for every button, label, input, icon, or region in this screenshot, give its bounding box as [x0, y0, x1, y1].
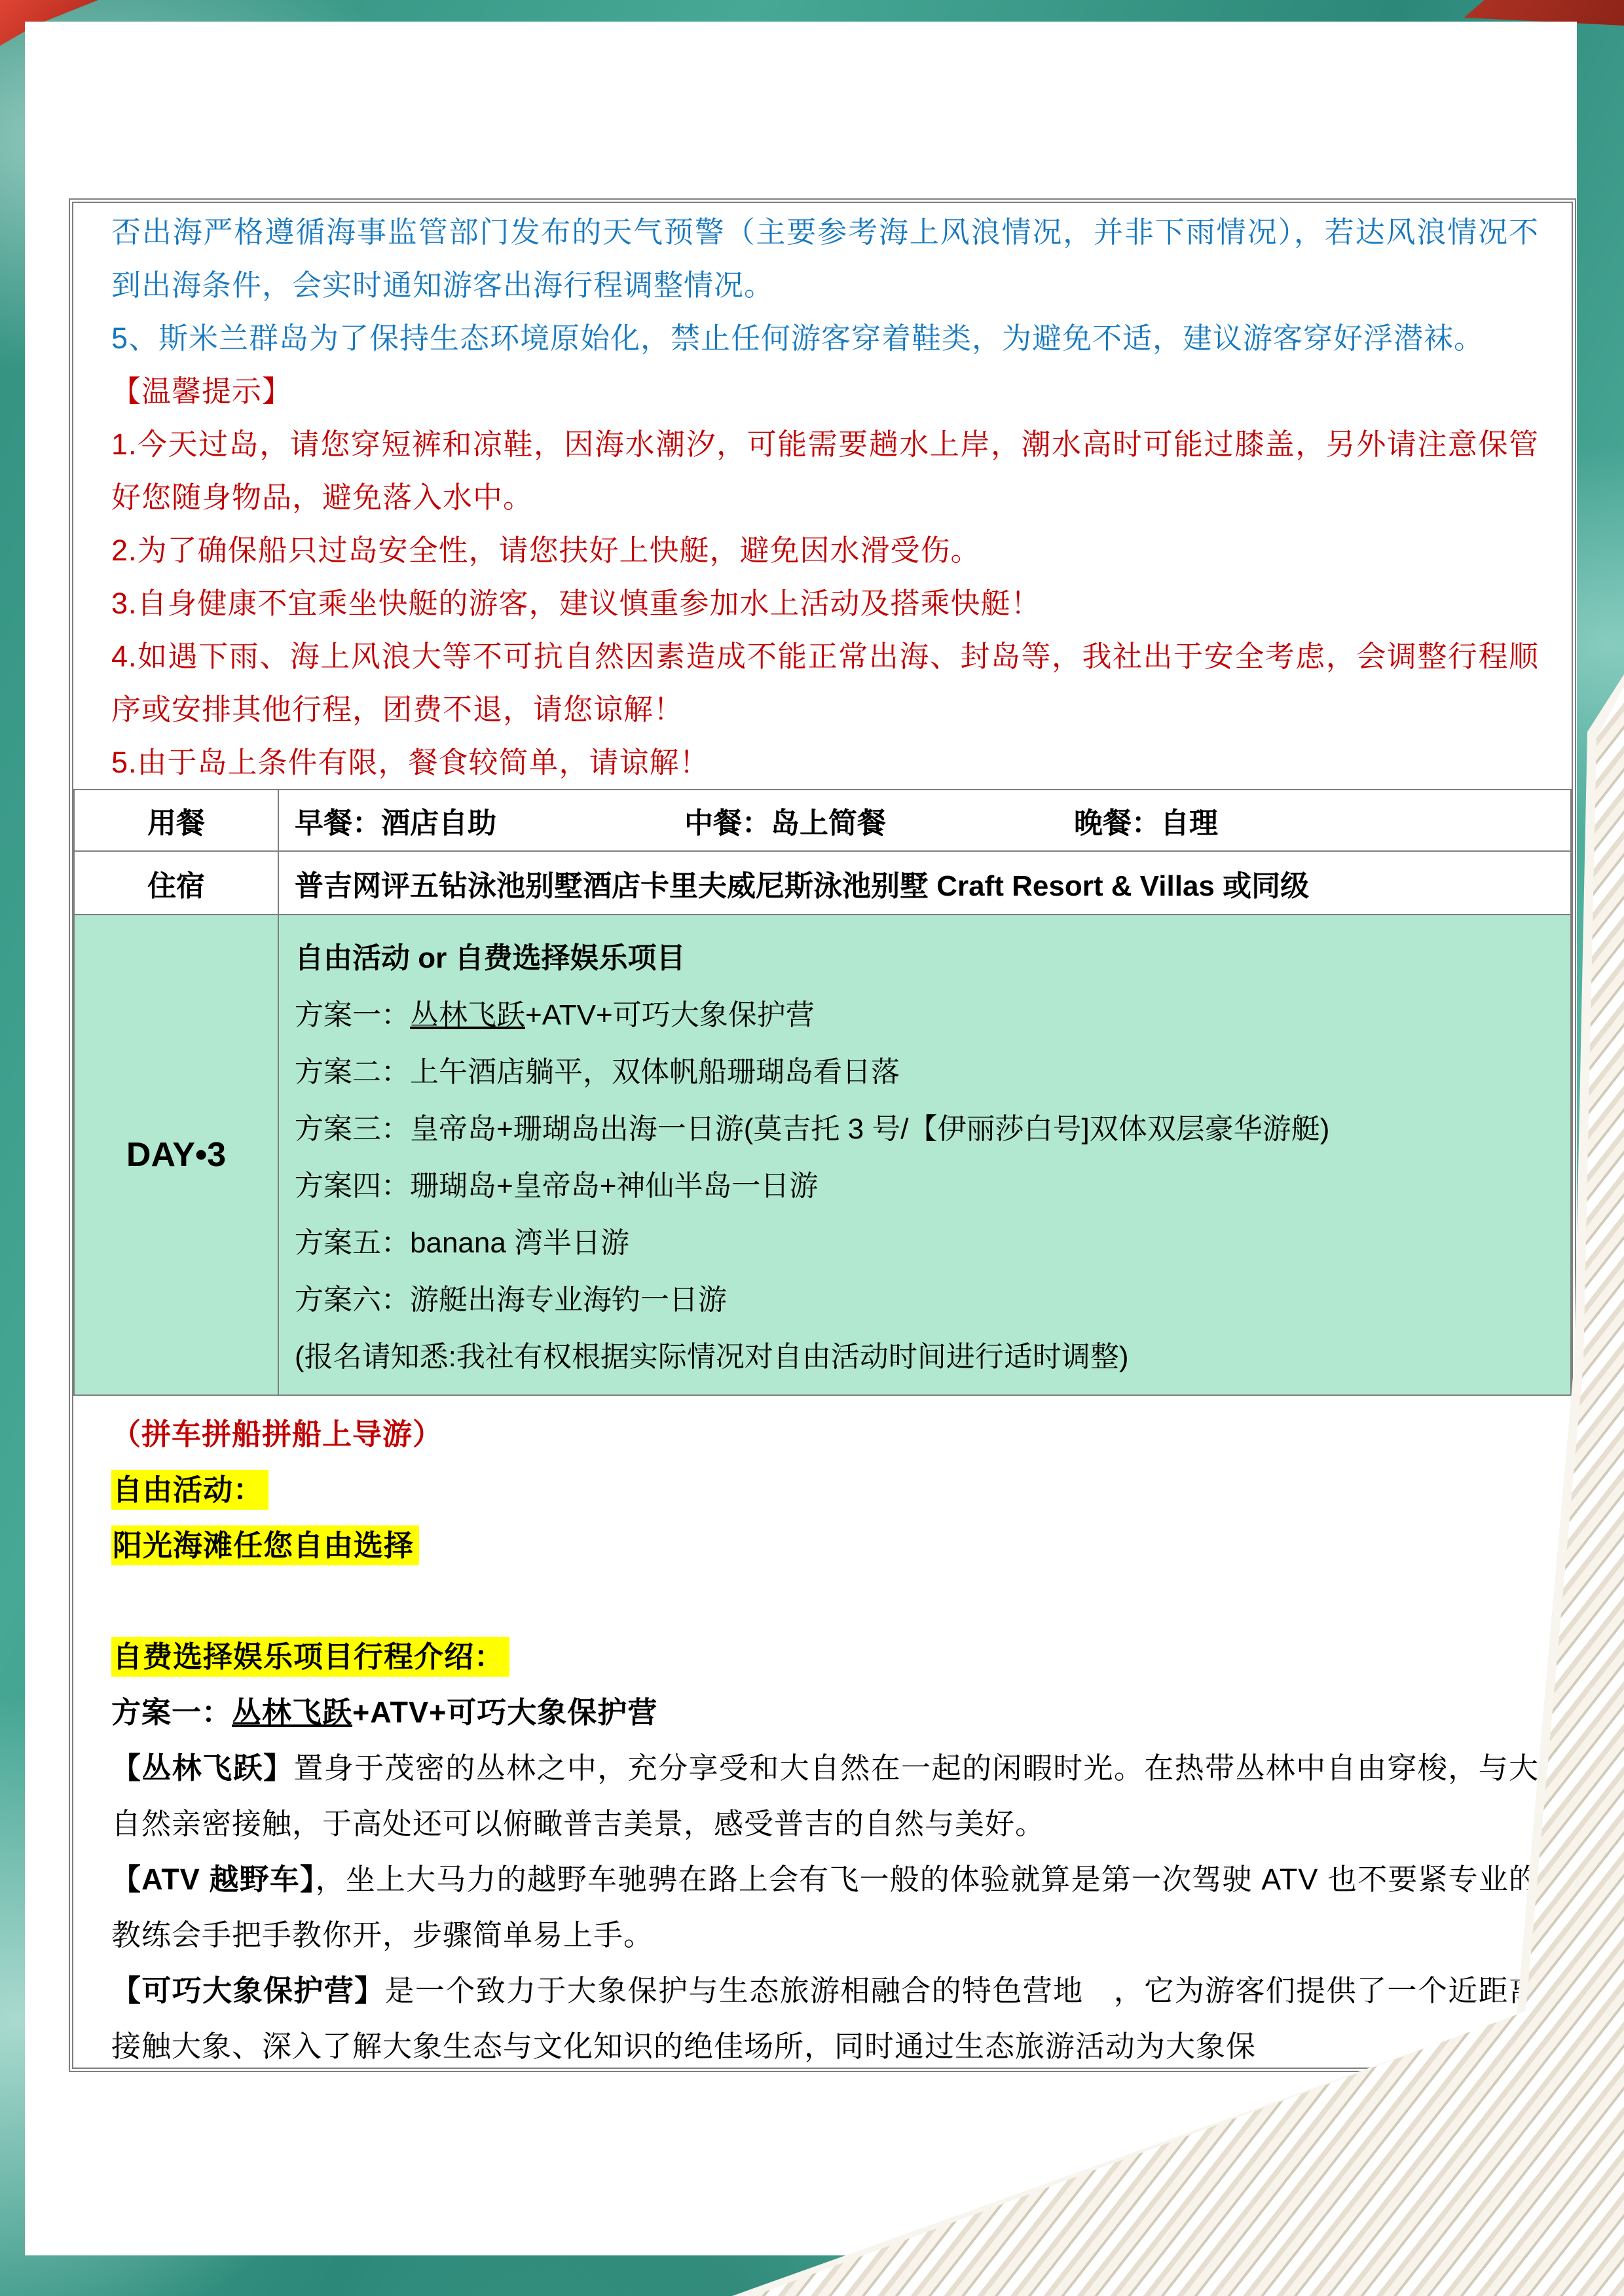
- document-page: 否出海严格遵循海事监管部门发布的天气预警（主要参考海上风浪情况，并非下雨情况），…: [0, 0, 1624, 2296]
- spacer-line: [111, 1573, 1539, 1629]
- free-activity-title-line: 自由活动：: [111, 1462, 1539, 1518]
- meals-values: 早餐：酒店自助中餐：岛上简餐晚餐：自理: [278, 790, 1571, 851]
- itinerary-bordered-box: 否出海严格遵循海事监管部门发布的天气预警（主要参考海上风浪情况，并非下雨情况），…: [69, 198, 1576, 2072]
- plan-1-title: 方案一：丛林飞跃+ATV+可巧大象保护营: [111, 1685, 1539, 1740]
- paid-intro-title-line: 自费选择娱乐项目行程介绍：: [111, 1629, 1539, 1685]
- notice-block: 否出海严格遵循海事监管部门发布的天气预警（主要参考海上风浪情况，并非下雨情况），…: [73, 203, 1572, 789]
- plan-1: 方案一：丛林飞跃+ATV+可巧大象保护营: [295, 987, 1555, 1044]
- day3-heading: 自由活动 or 自费选择娱乐项目: [295, 930, 1555, 987]
- elephant-camp-paragraph: 【可巧大象保护营】是一个致力于大象保护与生态旅游相融合的特色营地 ，它为游客们提…: [111, 1963, 1539, 2074]
- lunch-value: 中餐：岛上简餐: [684, 799, 1074, 841]
- tip-item-4: 4.如遇下雨、海上风浪大等不可抗自然因素造成不能正常出海、封岛等，我社出于安全考…: [111, 630, 1539, 736]
- tips-title: 【温馨提示】: [111, 365, 1539, 418]
- tip-item-3: 3.自身健康不宜乘坐快艇的游客，建议慎重参加水上活动及搭乘快艇！: [111, 577, 1539, 630]
- paid-intro-title: 自费选择娱乐项目行程介绍：: [111, 1637, 509, 1677]
- details-block: （拼车拼船拼船上导游） 自由活动： 阳光海滩任您自由选择 自费选择娱乐项目行程介…: [73, 1396, 1572, 2074]
- atv-paragraph: 【ATV 越野车】，坐上大马力的越野车驰骋在路上会有飞一般的体验就算是第一次驾驶…: [111, 1851, 1539, 1963]
- plan-1-title-underlined: 丛林飞跃: [232, 1696, 352, 1729]
- meals-row: 用餐 早餐：酒店自助中餐：岛上简餐晚餐：自理: [74, 790, 1571, 851]
- stay-row: 住宿 普吉网评五钻泳池别墅酒店卡里夫威尼斯泳池别墅 Craft Resort &…: [74, 851, 1571, 915]
- jungle-flight-paragraph: 【丛林飞跃】置身于茂密的丛林之中，充分享受和大自然在一起的闲暇时光。在热带丛林中…: [111, 1740, 1539, 1851]
- meals-label: 用餐: [74, 790, 278, 851]
- tip-item-2: 2.为了确保船只过岛安全性，请您扶好上快艇，避免因水滑受伤。: [111, 524, 1539, 577]
- day3-label: DAY•3: [74, 915, 278, 1395]
- plan-3: 方案三：皇帝岛+珊瑚岛出海一日游(莫吉托 3 号/【伊丽莎白号]双体双层豪华游艇…: [295, 1101, 1555, 1157]
- free-activity-title: 自由活动：: [111, 1470, 268, 1510]
- tip-item-5: 5.由于岛上条件有限，餐食较简单，请谅解！: [111, 736, 1539, 789]
- breakfast-value: 早餐：酒店自助: [295, 799, 684, 841]
- day3-activities: 自由活动 or 自费选择娱乐项目 方案一：丛林飞跃+ATV+可巧大象保护营 方案…: [278, 915, 1571, 1395]
- plan-5: 方案五：banana 湾半日游: [295, 1214, 1555, 1271]
- plan-note: (报名请知悉:我社有权根据实际情况对自由活动时间进行适时调整): [295, 1328, 1555, 1385]
- day3-row: DAY•3 自由活动 or 自费选择娱乐项目 方案一：丛林飞跃+ATV+可巧大象…: [74, 915, 1571, 1395]
- plan-1-underlined: 丛林飞跃: [410, 999, 525, 1031]
- plan-2: 方案二：上午酒店躺平，双体帆船珊瑚岛看日落: [295, 1044, 1555, 1101]
- stay-label: 住宿: [74, 851, 278, 915]
- similan-notice: 5、斯米兰群岛为了保持生态环境原始化，禁止任何游客穿着鞋类，为避免不适，建议游客…: [111, 312, 1539, 365]
- day3-itinerary-table: 用餐 早餐：酒店自助中餐：岛上简餐晚餐：自理 住宿 普吉网评五钻泳池别墅酒店卡里…: [73, 789, 1572, 1396]
- plan-6: 方案六：游艇出海专业海钓一日游: [295, 1271, 1555, 1328]
- plan-4: 方案四：珊瑚岛+皇帝岛+神仙半岛一日游: [295, 1157, 1555, 1214]
- free-activity-sub-line: 阳光海滩任您自由选择: [111, 1518, 1539, 1573]
- tip-item-1: 1.今天过岛，请您穿短裤和凉鞋，因海水潮汐，可能需要趟水上岸，潮水高时可能过膝盖…: [111, 418, 1539, 524]
- white-sheet: 否出海严格遵循海事监管部门发布的天气预警（主要参考海上风浪情况，并非下雨情况），…: [25, 22, 1577, 2255]
- stay-value: 普吉网评五钻泳池别墅酒店卡里夫威尼斯泳池别墅 Craft Resort & Vi…: [278, 851, 1571, 915]
- dinner-value: 晚餐：自理: [1074, 807, 1218, 839]
- elephant-camp-label: 【可巧大象保护营】: [111, 1974, 385, 2007]
- jungle-flight-label: 【丛林飞跃】: [111, 1751, 293, 1785]
- free-activity-subtitle: 阳光海滩任您自由选择: [111, 1525, 419, 1565]
- atv-label: 【ATV 越野车】: [111, 1863, 316, 1896]
- carpool-note: （拼车拼船拼船上导游）: [111, 1406, 1539, 1462]
- sea-weather-notice: 否出海严格遵循海事监管部门发布的天气预警（主要参考海上风浪情况，并非下雨情况），…: [111, 206, 1539, 312]
